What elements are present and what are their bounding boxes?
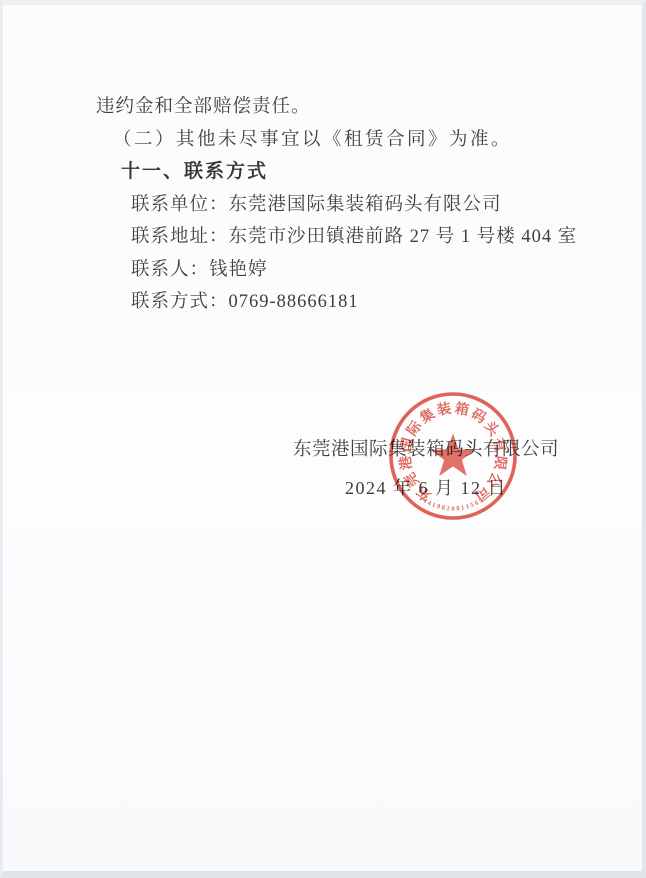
section-heading-contact: 十一、联系方式 <box>96 156 612 189</box>
svg-text:集: 集 <box>417 405 438 427</box>
contact-phone-line: 联系方式：0769-88666181 <box>96 286 612 319</box>
contact-address-line: 联系地址：东莞市沙田镇港前路 27 号 1 号楼 404 室 <box>96 221 612 254</box>
signature-company-name: 东莞港国际集装箱码头有限公司 <box>291 435 561 461</box>
svg-text:1: 1 <box>461 504 465 511</box>
svg-text:箱: 箱 <box>454 400 471 419</box>
svg-text:装: 装 <box>436 400 453 419</box>
svg-text:0: 0 <box>456 505 460 512</box>
svg-text:8: 8 <box>441 504 446 512</box>
contact-unit-line: 联系单位：东莞港国际集装箱码头有限公司 <box>96 189 612 222</box>
signature-date: 2024 年 6 月 12 日 <box>291 474 561 500</box>
svg-text:码: 码 <box>468 406 488 427</box>
paragraph-penalty-clause: 违约金和全部赔偿责任。 <box>96 91 612 124</box>
document-body: 违约金和全部赔偿责任。 （二）其他未尽事宜以《租赁合同》为准。 十一、联系方式 … <box>96 91 612 319</box>
document-page: 违约金和全部赔偿责任。 （二）其他未尽事宜以《租赁合同》为准。 十一、联系方式 … <box>0 0 646 878</box>
svg-text:9: 9 <box>436 503 442 511</box>
svg-text:1: 1 <box>431 502 437 510</box>
svg-text:4: 4 <box>426 500 433 508</box>
signature-block: 东莞港国际集装箱码头有限公司 2024 年 6 月 12 日 <box>291 435 561 500</box>
svg-text:2: 2 <box>446 505 450 512</box>
svg-text:1: 1 <box>465 503 470 511</box>
svg-text:6: 6 <box>474 499 481 507</box>
contact-person-line: 联系人：钱艳婷 <box>96 254 612 287</box>
svg-text:5: 5 <box>469 501 475 509</box>
svg-text:0: 0 <box>451 506 454 513</box>
paragraph-other-matters: （二）其他未尽事宜以《租赁合同》为准。 <box>96 124 612 157</box>
